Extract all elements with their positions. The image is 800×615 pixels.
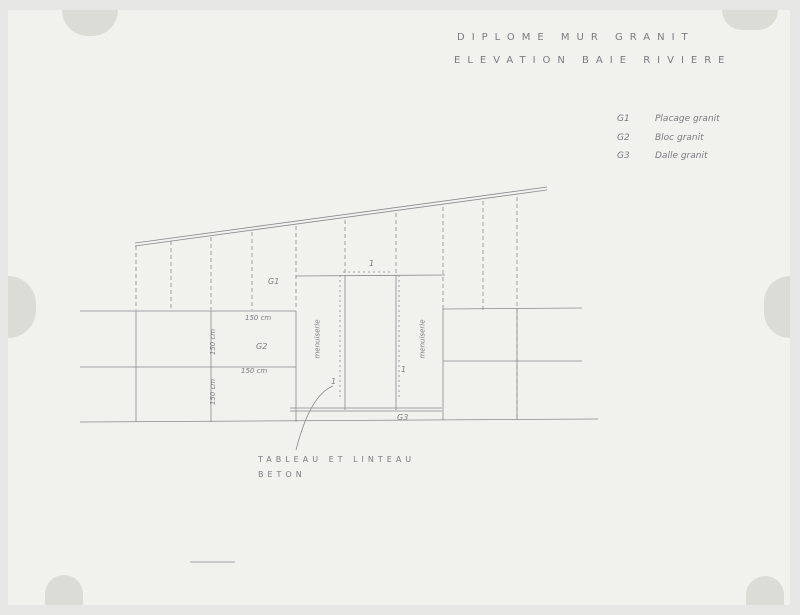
side-label-right: menuiserie	[419, 319, 427, 358]
annotation-line-2: BETON	[258, 470, 306, 479]
label-g3: G3	[397, 413, 408, 422]
mark-right: 1	[401, 365, 406, 374]
annotation-line-1: TABLEAU ET LINTEAU	[258, 455, 415, 464]
side-label-left: menuiserie	[314, 319, 322, 358]
dimension-bottom: 150 cm	[241, 367, 267, 375]
legend-code-g1: G1	[617, 114, 630, 124]
mark-top: 1	[369, 259, 374, 268]
label-g2: G2	[256, 342, 267, 351]
dimension-vertical-bottom: 150 cm	[209, 379, 217, 405]
mark-left: 1	[331, 377, 336, 386]
dimension-vertical-top: 150 cm	[209, 329, 217, 355]
legend-label-g1: Placage granit	[655, 114, 720, 124]
elevation-drawing	[0, 0, 800, 615]
legend-label-g2: Bloc granit	[655, 133, 704, 143]
title-line-1: DIPLOME MUR GRANIT	[457, 32, 695, 43]
title-line-2: ELEVATION BAIE RIVIERE	[454, 55, 731, 66]
legend-code-g2: G2	[617, 133, 630, 143]
dimension-top: 150 cm	[245, 314, 271, 322]
label-g1: G1	[268, 277, 279, 286]
legend-label-g3: Dalle granit	[655, 151, 708, 161]
legend-code-g3: G3	[617, 151, 630, 161]
